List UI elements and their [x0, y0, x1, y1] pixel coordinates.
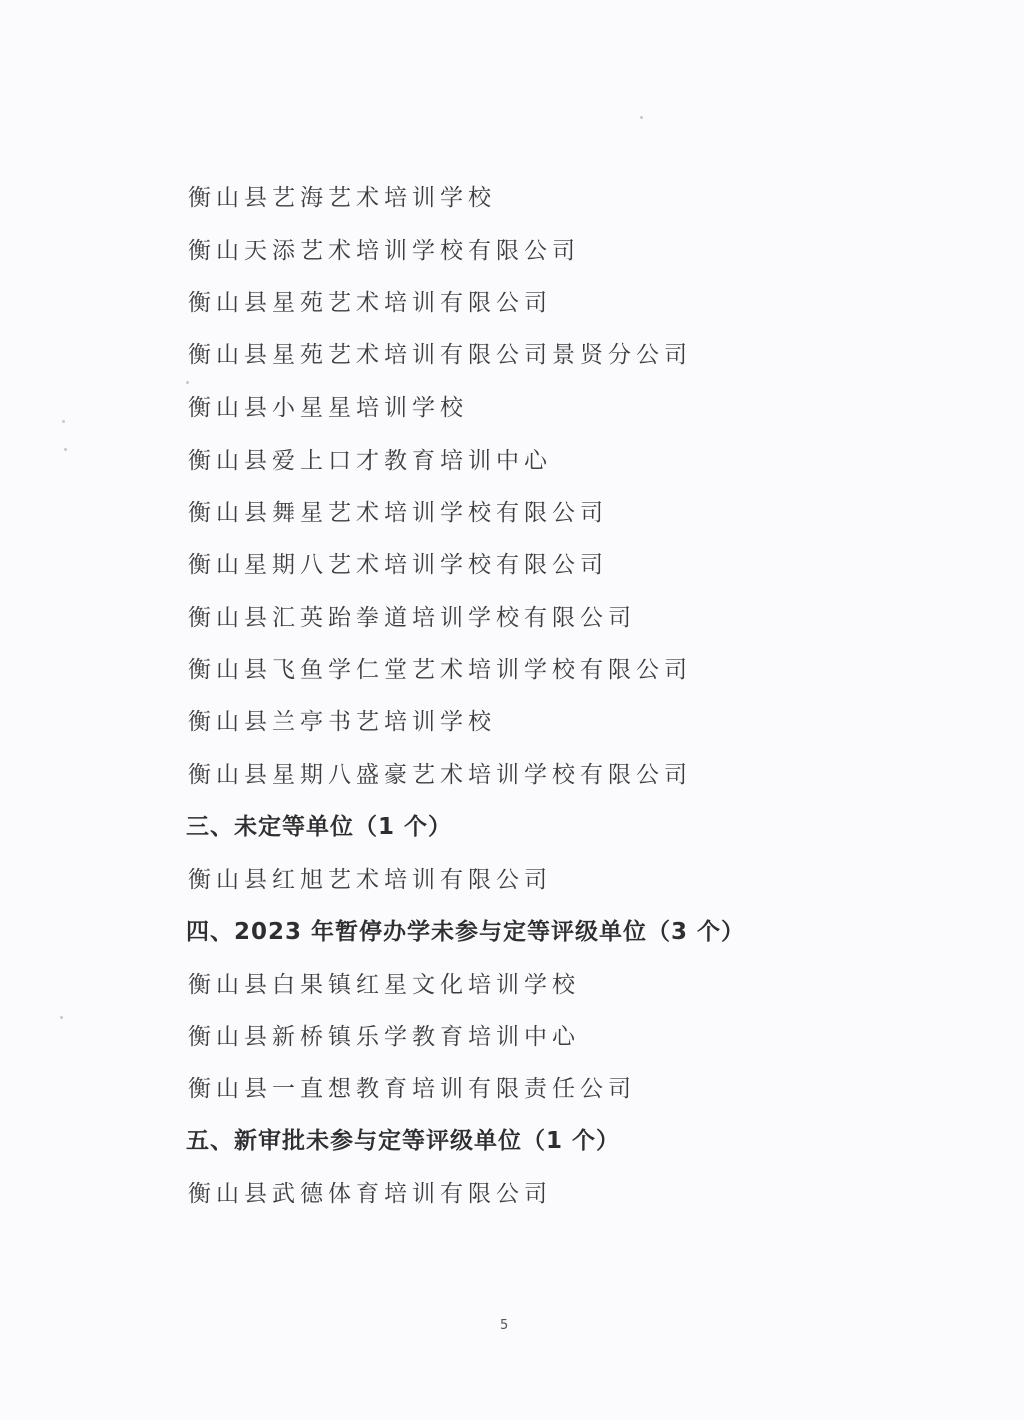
list-item: 衡山县飞鱼学仁堂艺术培训学校有限公司: [188, 655, 692, 685]
list-item: 衡山县汇英跆拳道培训学校有限公司: [188, 603, 636, 633]
list-item: 衡山县舞星艺术培训学校有限公司: [188, 498, 608, 528]
list-item: 衡山县武德体育培训有限公司: [188, 1179, 552, 1209]
list-item: 衡山县兰亭书艺培训学校: [188, 707, 496, 737]
list-item: 衡山县新桥镇乐学教育培训中心: [188, 1022, 580, 1052]
section-heading-unrated: 三、未定等单位（1 个）: [186, 812, 452, 842]
list-item: 衡山县爱上口才教育培训中心: [188, 446, 552, 476]
list-item: 衡山县一直想教育培训有限责任公司: [188, 1074, 636, 1104]
list-item: 衡山天添艺术培训学校有限公司: [188, 236, 580, 266]
document-page: 衡山县艺海艺术培训学校 衡山天添艺术培训学校有限公司 衡山县星苑艺术培训有限公司…: [0, 0, 1024, 1420]
list-item: 衡山县白果镇红星文化培训学校: [188, 970, 580, 1000]
list-item: 衡山县小星星培训学校: [188, 393, 468, 423]
section-heading-newly-approved: 五、新审批未参与定等评级单位（1 个）: [186, 1126, 620, 1156]
scan-speck: [186, 381, 189, 384]
section-heading-suspended: 四、2023 年暂停办学未参与定等评级单位（3 个）: [186, 917, 745, 947]
list-item: 衡山县星期八盛豪艺术培训学校有限公司: [188, 760, 692, 790]
scan-speck: [640, 116, 643, 119]
scan-speck: [64, 448, 67, 451]
scan-speck: [62, 420, 65, 423]
list-item: 衡山县艺海艺术培训学校: [188, 183, 496, 213]
list-item: 衡山星期八艺术培训学校有限公司: [188, 550, 608, 580]
scan-speck: [60, 1016, 63, 1019]
page-number: 5: [500, 1318, 508, 1333]
list-item: 衡山县星苑艺术培训有限公司: [188, 288, 552, 318]
list-item: 衡山县星苑艺术培训有限公司景贤分公司: [188, 340, 692, 370]
list-item: 衡山县红旭艺术培训有限公司: [188, 865, 552, 895]
